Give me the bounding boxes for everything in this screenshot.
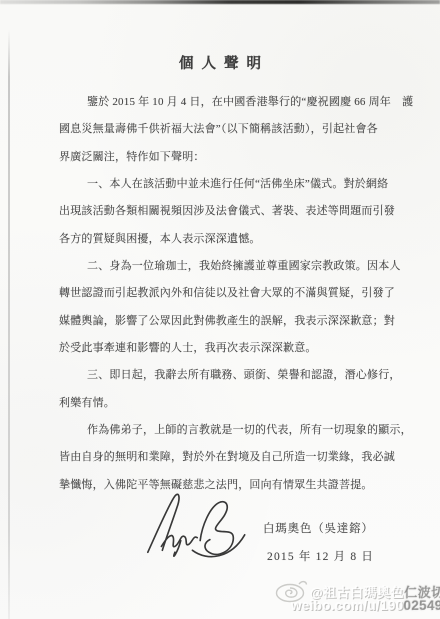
watermark-url: weibo.com/u/1900254932	[291, 598, 440, 613]
signer-name: 白瑪奧色（吳達鎔）	[263, 520, 374, 536]
statement-line: 轉世認證而引起教派內外和信徒以及社會大眾的不滿與質疑，引發了	[59, 280, 395, 307]
statement-line: 各方的質疑與困擾，本人表示深深遺憾。	[59, 226, 395, 253]
weibo-watermark: @祖古白瑪奧色仁波切 weibo.com/u/1900254932	[270, 576, 440, 619]
item-3-paragraph: 三、即日起，我辭去所有職務、頭銜、榮譽和認證，潛心修行， 利樂有情。	[59, 362, 395, 417]
statement-line: 鑒於 2015 年 10 月 4 日，在中國香港舉行的“慶祝國慶 66 周年 護	[59, 89, 395, 116]
statement-line: 一、本人在該活動中並未進行任何“活佛坐床”儀式。對於網絡	[59, 171, 395, 198]
statement-line: 作為佛弟子，上師的言教就是一切的代表，所有一切現象的顯示，	[59, 417, 395, 444]
statement-line: 國息災無量壽佛千供祈福大法會”（以下簡稱該活動），引起社會各	[59, 116, 395, 143]
weibo-eye-logo-icon	[273, 578, 309, 604]
statement-line: 利樂有情。	[59, 390, 395, 417]
handwritten-signature-icon	[142, 489, 268, 567]
closing-paragraph: 作為佛弟子，上師的言教就是一切的代表，所有一切現象的顯示， 皆由自身的無明和業障…	[59, 417, 395, 499]
statement-line: 媒體輿論，影響了公眾因此對佛教產生的誤解，我表示深深歉意；對	[59, 308, 395, 335]
statement-line: 出現該活動各類相關視頻因涉及法會儀式、著裝、表述等問題而引發	[59, 198, 395, 225]
scan-top-edge-shadow	[0, 0, 440, 4]
statement-line: 界廣泛關注，特作如下聲明：	[59, 144, 395, 171]
intro-paragraph: 鑒於 2015 年 10 月 4 日，在中國香港舉行的“慶祝國慶 66 周年 護…	[59, 89, 395, 171]
watermark-url-text: weibo.com/u/190	[291, 598, 404, 613]
scanned-statement-document: 個人聲明 鑒於 2015 年 10 月 4 日，在中國香港舉行的“慶祝國慶 66…	[0, 0, 440, 619]
statement-line: 二、身為一位瑜珈士，我始終擁護並尊重國家宗教政策。因本人	[59, 253, 395, 280]
page-title: 個人聲明	[0, 52, 440, 73]
item-1-paragraph: 一、本人在該活動中並未進行任何“活佛坐床”儀式。對於網絡 出現該活動各類相關視頻…	[59, 171, 395, 253]
statement-body: 鑒於 2015 年 10 月 4 日，在中國香港舉行的“慶祝國慶 66 周年 護…	[59, 89, 395, 499]
item-2-paragraph: 二、身為一位瑜珈士，我始終擁護並尊重國家宗教政策。因本人 轉世認證而引起教派內外…	[59, 253, 395, 362]
watermark-url-tail: 0254932	[404, 598, 440, 613]
watermark-handle: @祖古白瑪奧色仁波切	[310, 582, 440, 601]
signature-date: 2015 年 12 月 8 日	[267, 548, 374, 564]
watermark-handle-tail: 仁波切	[404, 585, 440, 600]
statement-line: 於受此事牽連和影響的人士，我再次表示深深歉意。	[59, 335, 395, 362]
statement-line: 三、即日起，我辭去所有職務、頭銜、榮譽和認證，潛心修行，	[59, 362, 395, 389]
scan-left-edge-line	[8, 30, 10, 619]
watermark-handle-text: @祖古白瑪奧色	[310, 585, 404, 600]
statement-line: 皆由自身的無明和業障，對於外在對境及自己所造一切業緣，我必誠	[59, 444, 395, 471]
